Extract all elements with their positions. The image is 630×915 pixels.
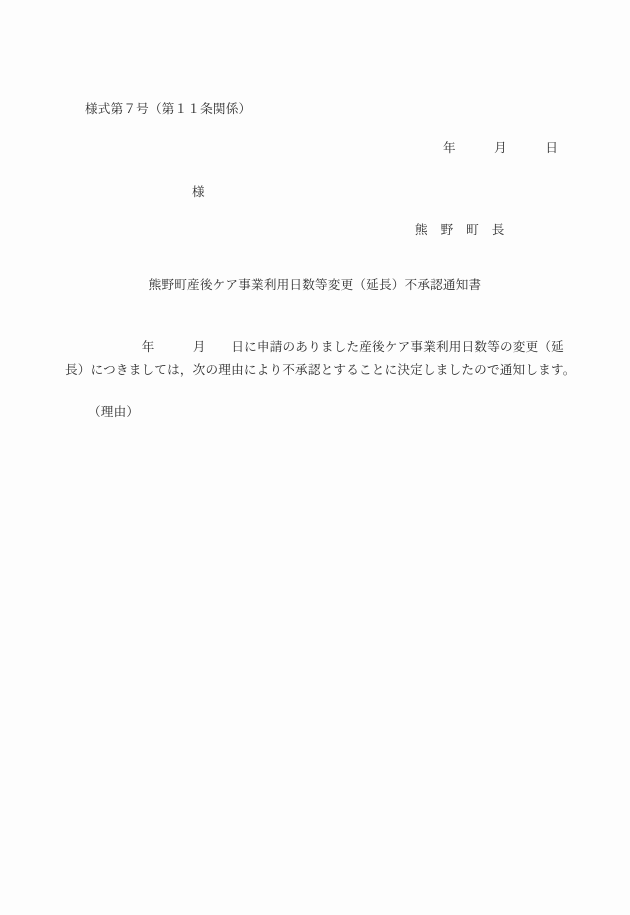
addressee-suffix: 様 (192, 186, 205, 199)
reason-label: （理由） (88, 406, 139, 419)
form-number: 様式第７号（第１１条関係） (85, 103, 251, 116)
sender-name: 熊 野 町 長 (415, 224, 505, 237)
body-text-line-2: 長）につきましては，次の理由により不承認とすることに決定しましたので通知します。 (65, 364, 576, 377)
body-text-line-1: 年 月 日に申請のありました産後ケア事業利用日数等の変更（延 (65, 341, 564, 354)
document-page: 様式第７号（第１１条関係） 年 月 日 様 熊 野 町 長 熊野町産後ケア事業利… (0, 0, 630, 915)
document-title: 熊野町産後ケア事業利用日数等変更（延長）不承認通知書 (0, 279, 630, 292)
date-line: 年 月 日 (443, 142, 558, 155)
